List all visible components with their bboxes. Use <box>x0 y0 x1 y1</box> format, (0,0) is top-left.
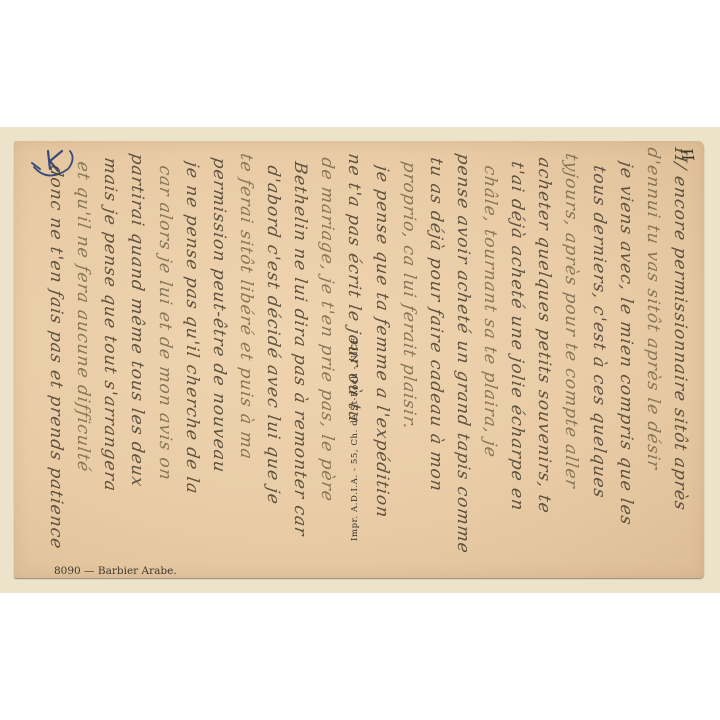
handwritten-line: tous derniers, c'est à ces quelques <box>581 163 609 578</box>
handwritten-line: donc ne t'en fais pas et prends patience <box>38 163 66 578</box>
handwritten-line: partirai quand même tous les deux <box>119 151 147 578</box>
printer-imprint: Impr. A.D.I.A. - 55, Ch. de St-Roch - NI… <box>350 241 364 541</box>
handwritten-line: permission peut-être de nouveau <box>201 155 229 578</box>
handwritten-line: car alors je lui et de mon avis on <box>147 163 175 578</box>
handwritten-line: te ferai sitôt libéré et puis à ma <box>228 151 256 578</box>
handwritten-line: proprio, ca lui ferait plaisir. <box>391 159 419 578</box>
handwritten-line: acheter quelques petits souvenirs, te <box>526 155 554 578</box>
handwritten-line: d'ennui tu vas sitôt après le désir <box>635 145 663 578</box>
card-caption: 8090 — Barbier Arabe. <box>54 565 177 577</box>
handwritten-line: tyjours, après pour te compte aller <box>553 151 581 578</box>
handwritten-line: châle, tournant sa te plaira, je <box>472 163 500 578</box>
handwritten-line: pense avoir acheté un grand tapis comme <box>445 151 473 578</box>
handwritten-line: tu as déjà pour faire cadeau à mon <box>418 155 446 578</box>
handwritten-line: je ne pense pas qu'il cherche de la <box>174 159 202 578</box>
handwritten-line: t'ai déjà acheté une jolie écharpe en <box>499 159 527 578</box>
handwritten-line: Bethelin ne lui dira pas à remonter car <box>282 159 310 578</box>
handwritten-line: et qu'il ne fera aucune difficulté <box>65 159 93 578</box>
handwritten-line: mais je pense que tout s'arrangera <box>92 155 120 578</box>
handwritten-line: II/ encore permissionnaire sitôt après <box>662 145 690 578</box>
handwritten-line: d'abord c'est décidé avec lui que je <box>255 163 283 578</box>
handwritten-line: de mariage, je t'en prie pas, le père <box>309 155 337 578</box>
handwritten-line: je viens avec, le mien compris que les <box>608 159 636 578</box>
handwritten-line: je pense que ta femme a l'expédition <box>364 163 392 578</box>
postcard: K II II/ encore permissionnaire sitôt ap… <box>14 141 704 578</box>
